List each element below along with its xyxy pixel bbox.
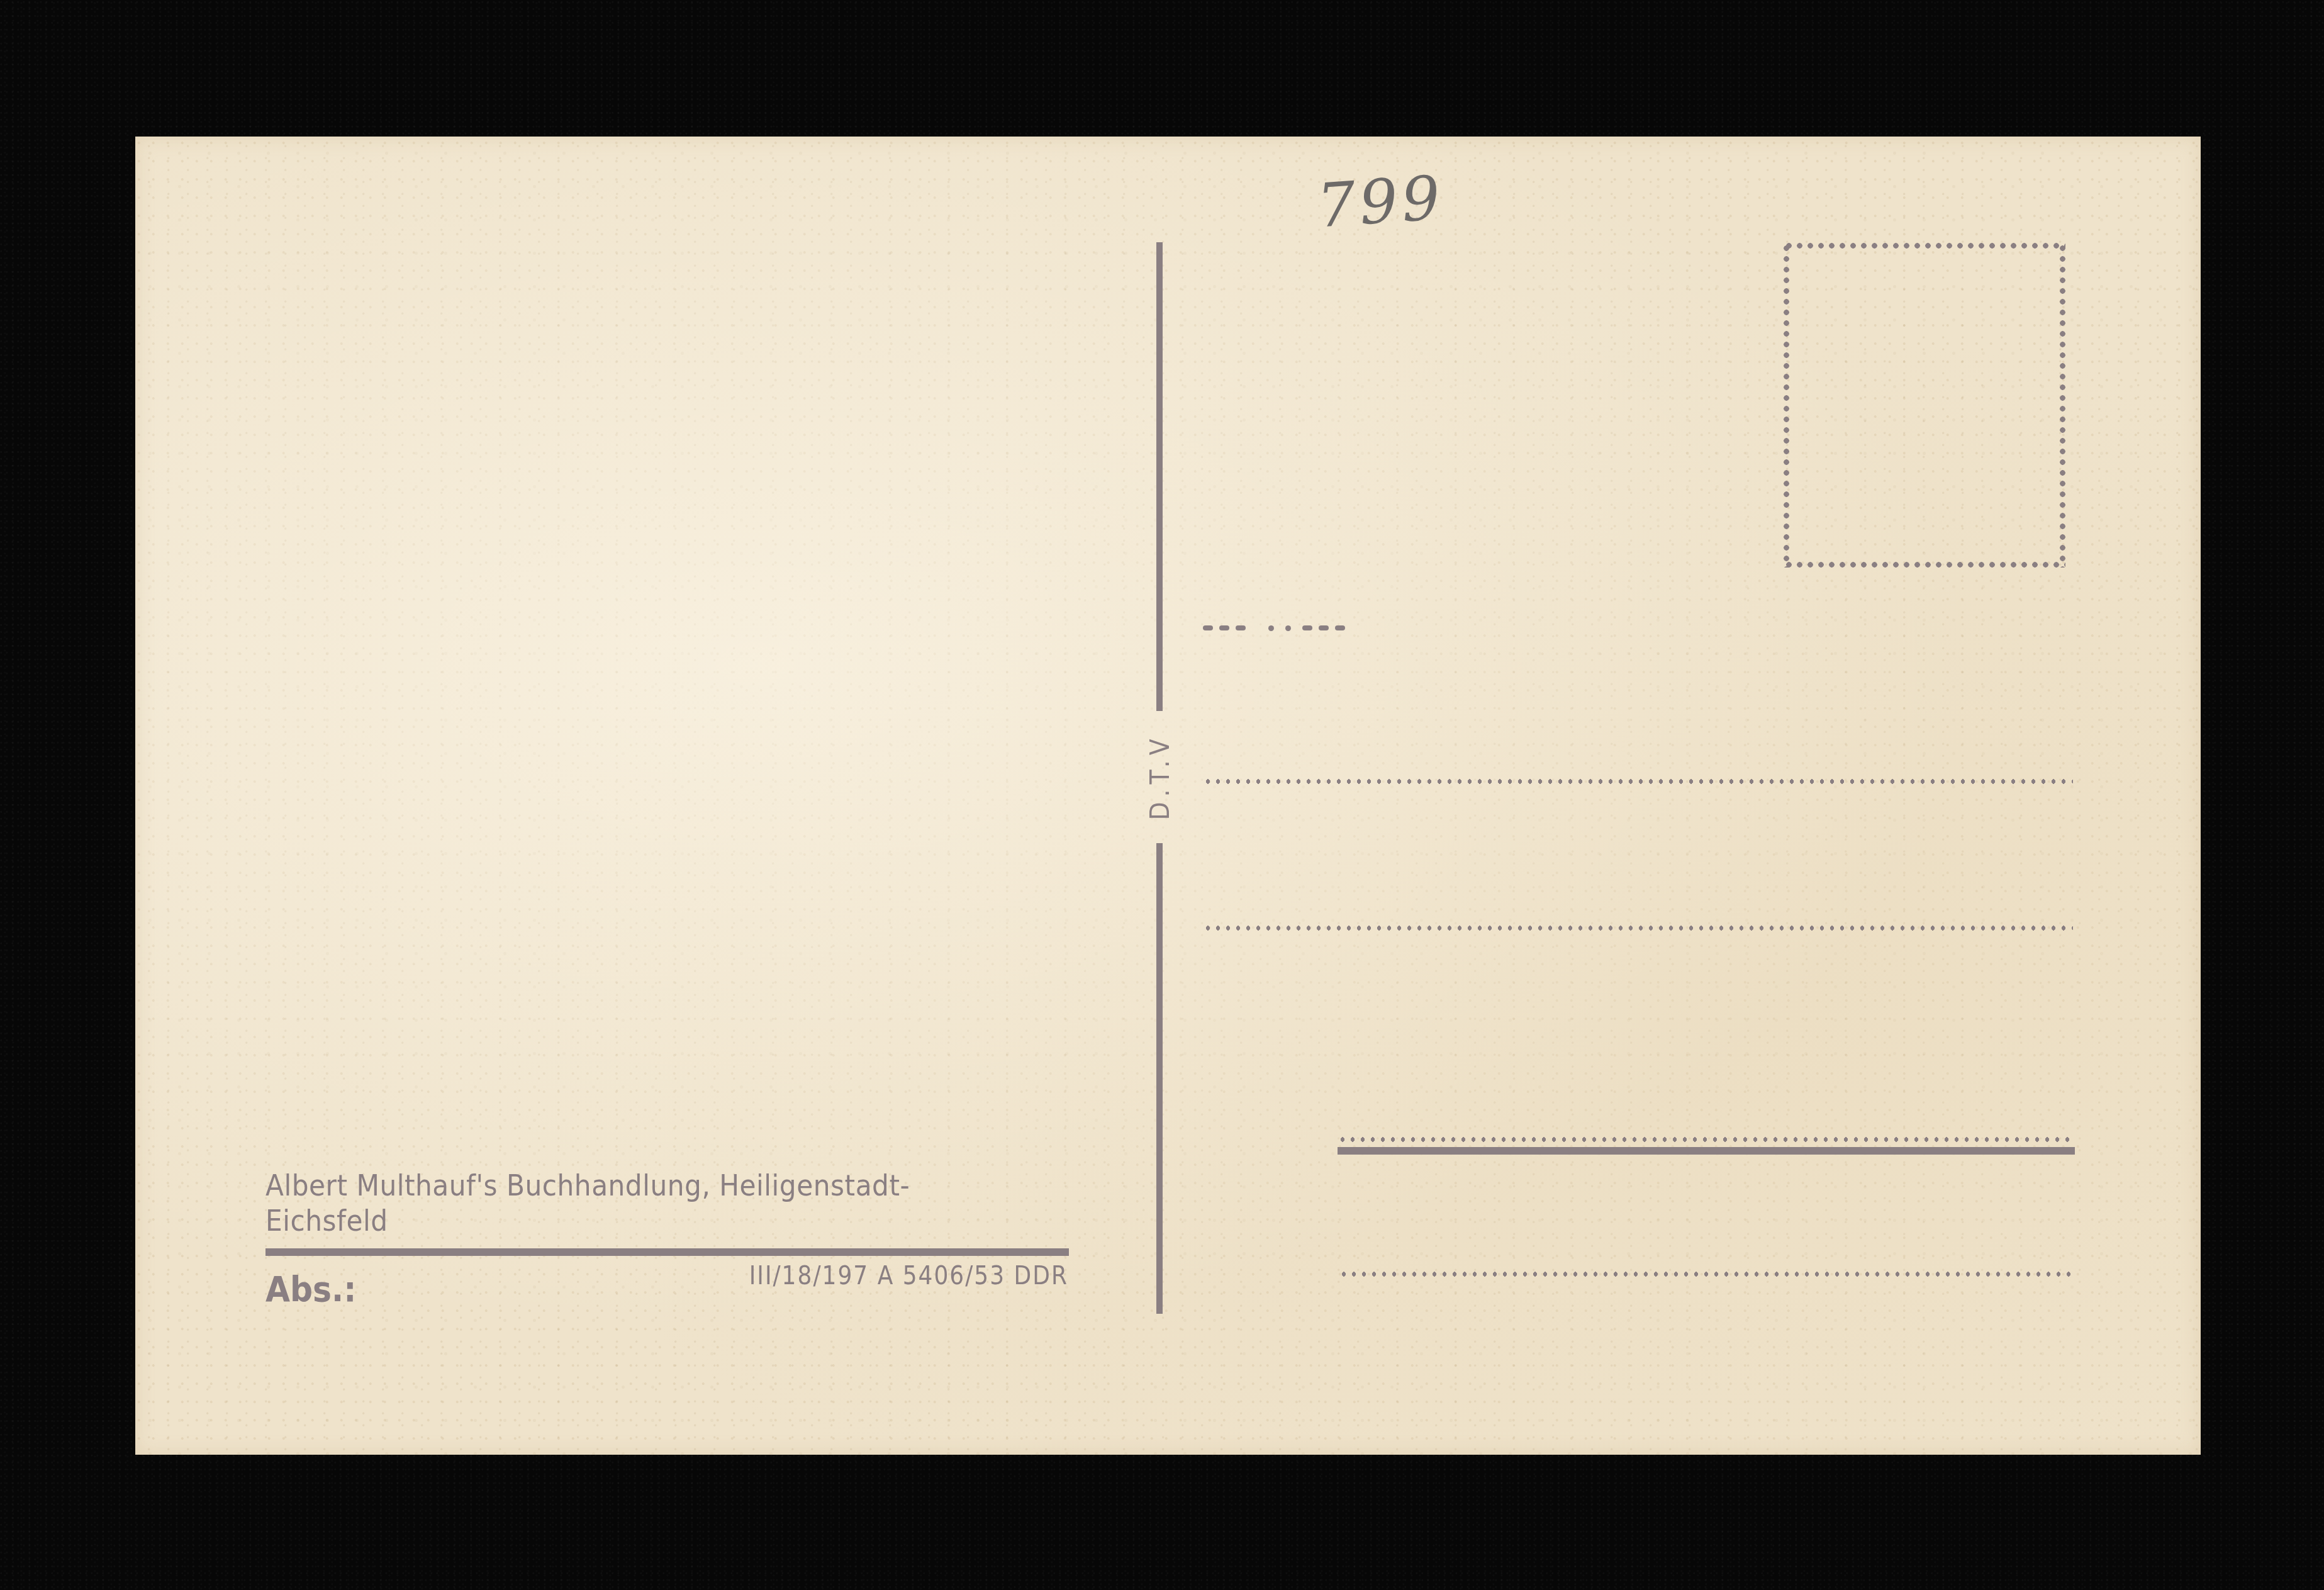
vertical-divider-top: [1156, 242, 1163, 711]
stamp-border-bottom: [1784, 562, 2065, 568]
address-line[interactable]: [1203, 779, 2073, 784]
postcode-dot: [1268, 625, 1274, 631]
postcode-dash: [1302, 625, 1312, 630]
print-code: III/18/197 A 5406/53 DDR: [749, 1262, 1068, 1290]
stamp-border-right: [2060, 243, 2065, 568]
stamp-border-left: [1784, 243, 1789, 568]
postcode-dot: [1285, 625, 1291, 631]
postcode-dash: [1319, 625, 1329, 630]
publisher-credit-line-2: Eichsfeld: [265, 1204, 1077, 1239]
address-line[interactable]: [1203, 926, 2073, 931]
divider-label: D.T.V: [1144, 734, 1175, 820]
address-line[interactable]: [1338, 1137, 2073, 1142]
publisher-credit: Albert Multhauf's Buchhandlung, Heiligen…: [265, 1168, 1077, 1239]
postcode-dash: [1219, 625, 1229, 630]
stamp-border-top: [1784, 243, 2065, 249]
address-line[interactable]: [1339, 1272, 2073, 1277]
vertical-divider-bottom: [1156, 843, 1163, 1314]
postcode-dash: [1236, 625, 1246, 630]
sender-label: Abs.:: [265, 1269, 356, 1310]
postcode-dash: [1203, 625, 1213, 630]
publisher-credit-line-1: Albert Multhauf's Buchhandlung, Heiligen…: [265, 1168, 1077, 1204]
postcode-dash: [1335, 625, 1345, 630]
handwritten-archive-number: 799: [1315, 162, 1446, 242]
address-solid-rule: [1338, 1147, 2075, 1155]
postcode-marker: [1203, 625, 1357, 631]
stamp-placeholder-icon: [1784, 243, 2065, 568]
sender-rule: [265, 1248, 1069, 1256]
postcard-back: 799 D.T.V Albert Multhauf's Buchhandlung…: [135, 137, 2201, 1455]
